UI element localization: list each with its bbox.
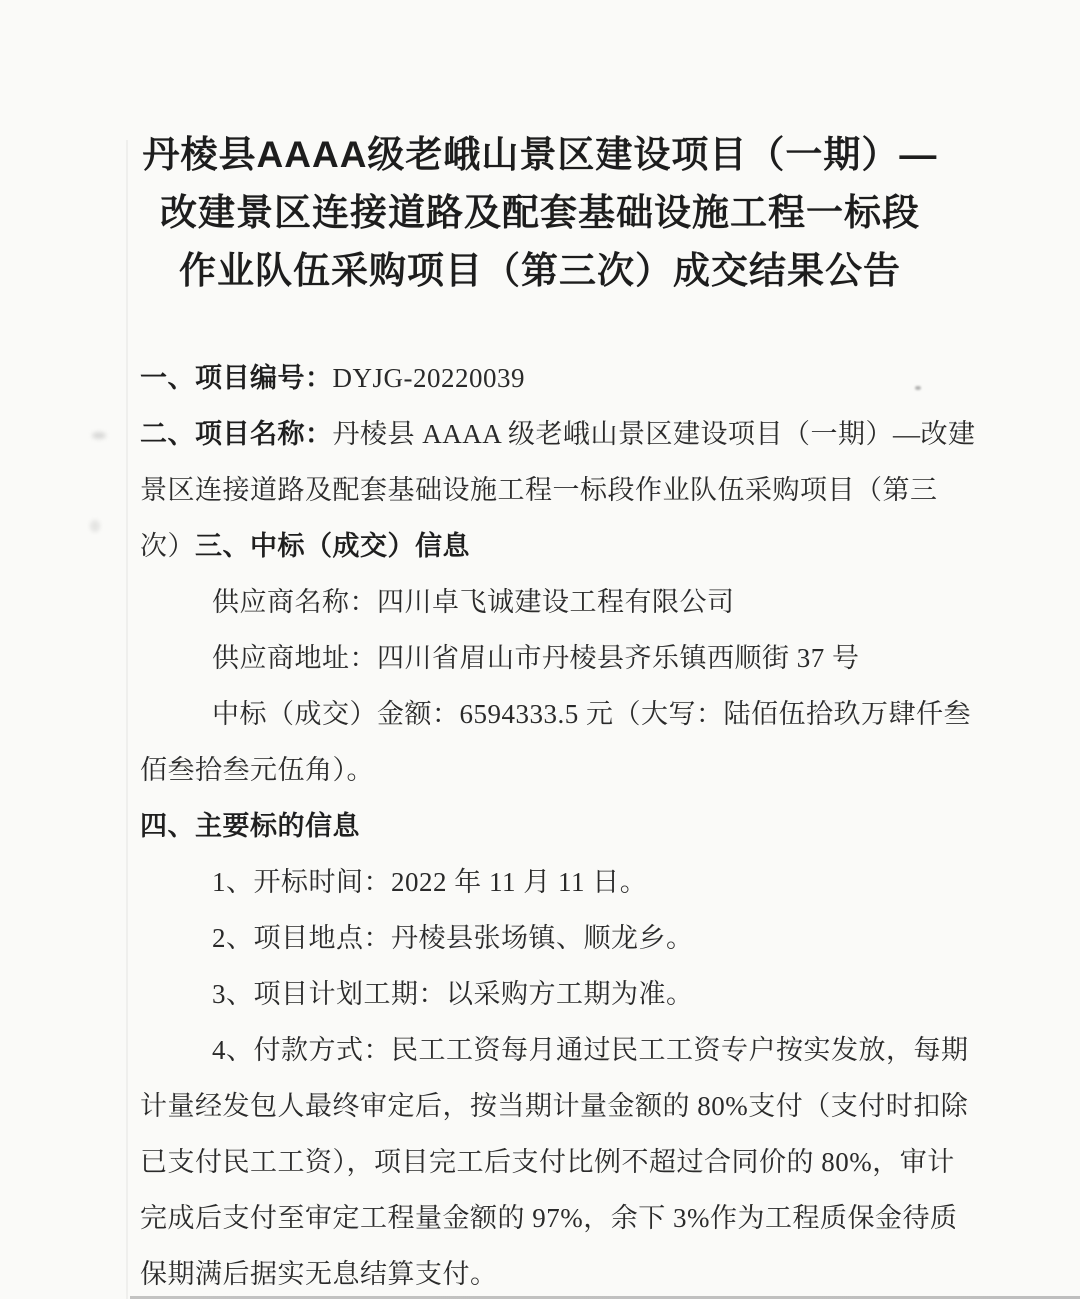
- project-name-line-2: 景区连接道路及配套基础设施工程一标段作业队伍采购项目（第三: [140, 462, 930, 518]
- supplier-address-line: 供应商地址：四川省眉山市丹棱县齐乐镇西顺街 37 号: [140, 630, 930, 686]
- payment-terms-line-2: 计量经发包人最终审定后，按当期计量金额的 80%支付（支付时扣除: [140, 1078, 930, 1134]
- title-line-3: 作业队伍采购项目（第三次）成交结果公告: [0, 242, 1080, 300]
- award-info-heading: 三、中标（成交）信息: [195, 531, 470, 561]
- title-line-2: 改建景区连接道路及配套基础设施工程一标段: [0, 184, 1080, 242]
- award-heading-line: 次）三、中标（成交）信息: [140, 518, 930, 574]
- document-body: 一、项目编号：DYJG-20220039 二、项目名称：丹棱县 AAAA 级老峨…: [140, 350, 930, 1299]
- supplier-name-line: 供应商名称：四川卓飞诚建设工程有限公司: [140, 574, 930, 630]
- supplier-name-value: 四川卓飞诚建设工程有限公司: [377, 587, 735, 617]
- project-name-value-3: 次）: [140, 531, 195, 561]
- project-name-value-1: 丹棱县 AAAA 级老峨山景区建设项目（一期）—改建: [333, 419, 976, 449]
- project-number-label: 一、项目编号：: [140, 363, 333, 393]
- project-name-line-1: 二、项目名称：丹棱县 AAAA 级老峨山景区建设项目（一期）—改建: [140, 406, 930, 462]
- award-amount-value-2: 佰叁拾叁元伍角）。: [140, 755, 374, 785]
- payment-terms-line-4: 完成后支付至审定工程量金额的 97%，余下 3%作为工程质保金待质: [140, 1190, 930, 1246]
- payment-terms-line-1: 4、付款方式：民工工资每月通过民工工资专户按实发放，每期: [140, 1022, 930, 1078]
- main-info-heading: 四、主要标的信息: [140, 798, 930, 854]
- award-amount-line-1: 中标（成交）金额：6594333.5 元（大写：陆佰伍拾玖万肆仟叁: [140, 686, 930, 742]
- scan-speck: [92, 432, 106, 439]
- project-location-line: 2、项目地点：丹棱县张场镇、顺龙乡。: [140, 910, 930, 966]
- award-amount-line-2: 佰叁拾叁元伍角）。: [140, 742, 930, 798]
- supplier-name-label: 供应商名称：: [212, 587, 377, 617]
- award-amount-label: 中标（成交）金额：: [212, 699, 460, 729]
- scan-edge-line: [126, 140, 128, 1299]
- scan-speck: [90, 520, 100, 532]
- title-line-1: 丹棱县AAAA级老峨山景区建设项目（一期）—: [0, 126, 1080, 184]
- payment-terms-line-3: 已支付民工工资），项目完工后支付比例不超过合同价的 80%，审计: [140, 1134, 930, 1190]
- supplier-address-value: 四川省眉山市丹棱县齐乐镇西顺街 37 号: [377, 643, 860, 673]
- project-number-line: 一、项目编号：DYJG-20220039: [140, 350, 930, 406]
- document-page: 丹棱县AAAA级老峨山景区建设项目（一期）— 改建景区连接道路及配套基础设施工程…: [0, 0, 1080, 1299]
- scan-speck: [915, 386, 921, 390]
- supplier-address-label: 供应商地址：: [212, 643, 377, 673]
- document-title: 丹棱县AAAA级老峨山景区建设项目（一期）— 改建景区连接道路及配套基础设施工程…: [0, 126, 1080, 300]
- project-duration-line: 3、项目计划工期：以采购方工期为准。: [140, 966, 930, 1022]
- award-amount-value-1: 6594333.5 元（大写：陆佰伍拾玖万肆仟叁: [460, 699, 972, 729]
- project-name-label: 二、项目名称：: [140, 419, 333, 449]
- project-name-value-2: 景区连接道路及配套基础设施工程一标段作业队伍采购项目（第三: [140, 475, 938, 505]
- project-number-value: DYJG-20220039: [333, 363, 526, 393]
- payment-terms-line-5: 保期满后据实无息结算支付。: [140, 1246, 930, 1299]
- bid-open-time-line: 1、开标时间：2022 年 11 月 11 日。: [140, 854, 930, 910]
